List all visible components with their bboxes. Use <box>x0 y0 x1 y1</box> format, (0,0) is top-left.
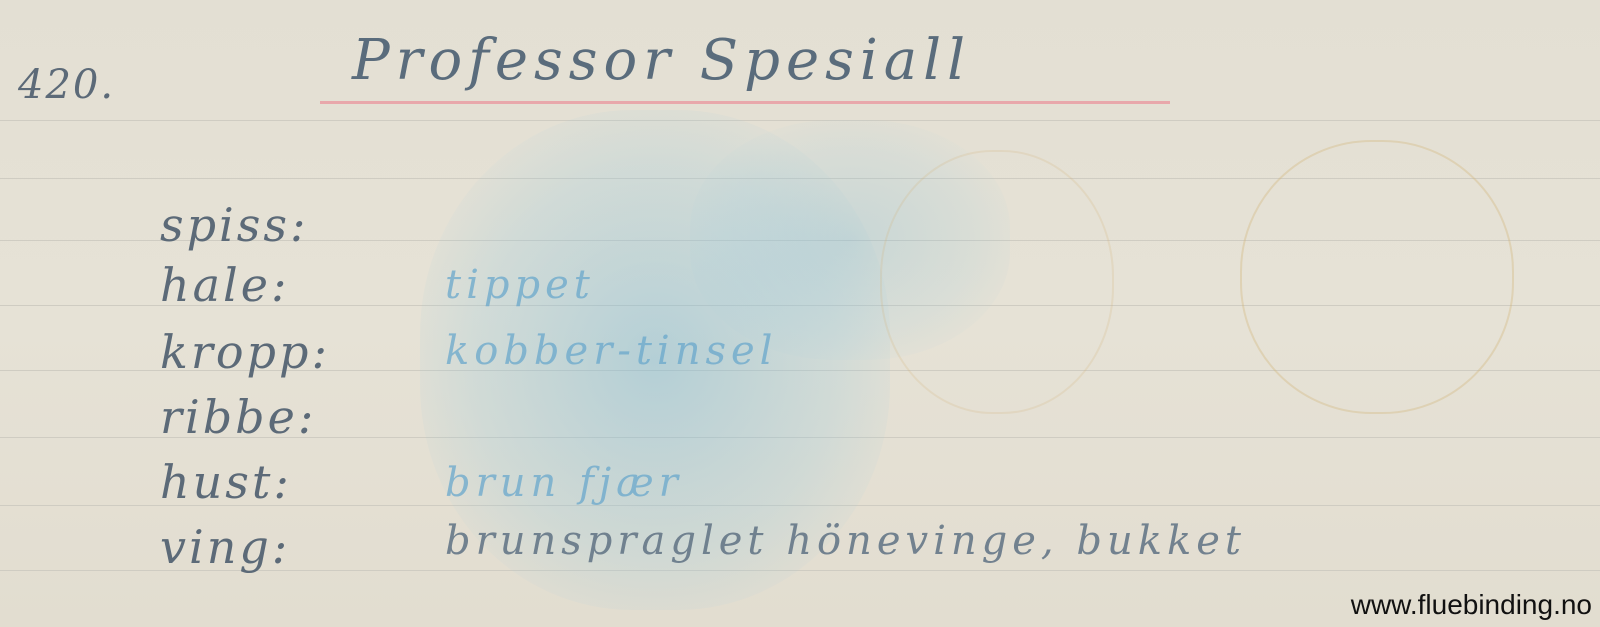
field-label-hale: hale: <box>160 258 289 312</box>
fly-title: Professor Spesiall <box>352 28 971 93</box>
title-underline <box>320 101 1170 104</box>
field-label-ribbe: ribbe: <box>160 390 316 444</box>
entry-number: 420. <box>18 62 115 108</box>
ruled-line <box>0 120 1600 121</box>
notebook-page: 420. Professor Spesiall spiss: hale: tip… <box>0 0 1600 627</box>
watermark-link: www.fluebinding.no <box>1351 589 1592 621</box>
field-label-spiss: spiss: <box>160 198 308 252</box>
water-ring-stain <box>880 150 1114 414</box>
field-label-ving: ving: <box>160 520 290 574</box>
field-value-hale: tippet <box>445 262 595 308</box>
field-value-hust: brun fjær <box>445 460 683 506</box>
field-value-kropp: kobber-tinsel <box>445 328 777 374</box>
field-label-kropp: kropp: <box>160 325 330 379</box>
field-value-ving: brunspraglet hönevinge, bukket <box>445 518 1246 564</box>
field-label-hust: hust: <box>160 455 292 509</box>
water-ring-stain <box>1240 140 1514 414</box>
